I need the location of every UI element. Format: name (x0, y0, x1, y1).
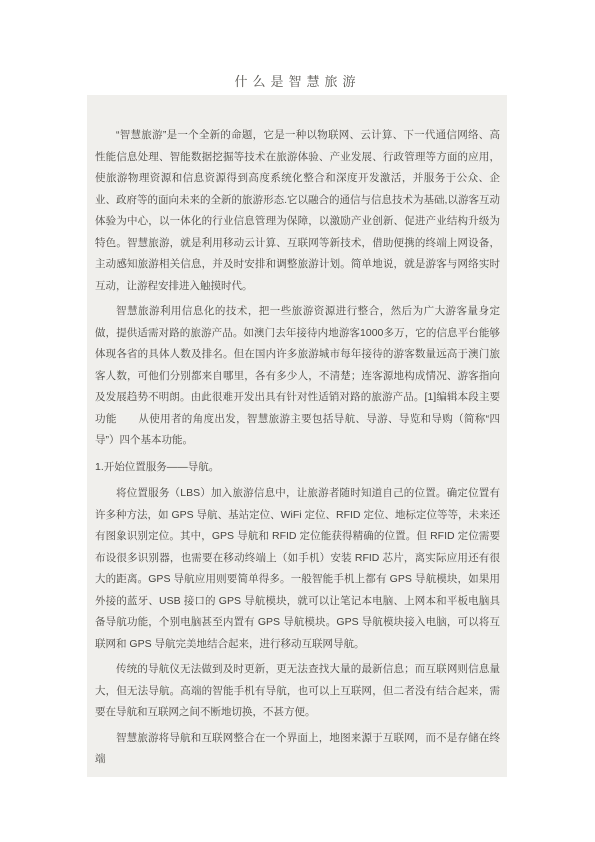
paragraph-integration: 智慧旅游将导航和互联网整合在一个界面上，地图来源于互联网，而不是存储在终端 (95, 728, 500, 771)
document-body-block: “智慧旅游”是一个全新的命题，它是一种以物联网、云计算、下一代通信网络、高性能信… (87, 95, 507, 777)
paragraph-traditional-nav: 传统的导航仪无法做到及时更新，更无法查找大量的最新信息；而互联网则信息量大，但无… (95, 659, 500, 724)
document-page: 什么是智慧旅游 “智慧旅游”是一个全新的命题，它是一种以物联网、云计算、下一代通… (0, 0, 595, 842)
paragraph-customization: 智慧旅游利用信息化的技术，把一些旅游资源进行整合，然后为广大游客量身定做，提供适… (95, 301, 500, 452)
heading-lbs-navigation: 1.开始位置服务——导航。 (95, 457, 500, 479)
document-title: 什么是智慧旅游 (0, 0, 595, 90)
paragraph-lbs-navigation: 将位置服务（LBS）加入旅游信息中，让旅游者随时知道自己的位置。确定位置有许多种… (95, 483, 500, 655)
paragraph-intro: “智慧旅游”是一个全新的命题，它是一种以物联网、云计算、下一代通信网络、高性能信… (95, 125, 500, 297)
